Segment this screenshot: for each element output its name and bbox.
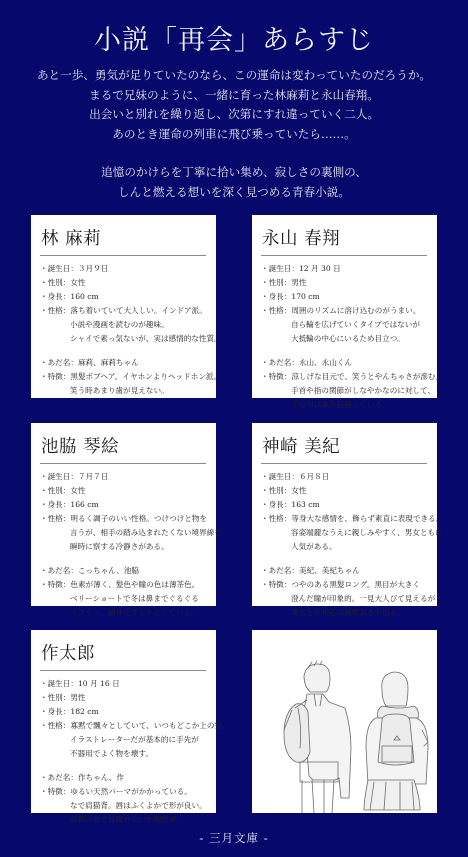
gender-value: 女性 [291, 484, 306, 498]
features-cont: 澄んだ瞳が印象的。一見大人びて見えるが [261, 592, 427, 606]
nickname-value: 美紀、美紀ちゃん [299, 564, 360, 578]
character-name: 神崎 美紀 [261, 431, 427, 464]
features: ・特徴：涼しげな目元で、笑うとやんちゃさが滲む。 [261, 370, 427, 384]
birthday-label: ・誕生日： [261, 262, 299, 276]
personality-cont: 瞬時に察する冷静さがある。 [40, 540, 206, 554]
birthday-value: ７月７日 [78, 470, 108, 484]
height: ・身長：163 cm [261, 498, 427, 512]
features-cont: ベリーショートで冬は鼻までぐるぐる [40, 592, 206, 606]
features-label: ・特徴： [40, 785, 70, 799]
gender: ・性別：女性 [40, 484, 206, 498]
character-card: 作太郎・誕生日：10 月 16 日・性別：男性・身長：182 cm・性格：寡黙で… [31, 630, 216, 813]
publisher-footer: - 三月文庫 - [0, 830, 468, 846]
girl-figure [364, 672, 428, 810]
gender-value: 男性 [291, 276, 306, 290]
height-value: 166 cm [70, 498, 98, 512]
nickname: ・あだ名：麻莉、麻莉ちゃん [40, 356, 206, 370]
features: ・特徴：黒髪ボブヘア。イヤホンよりヘッドホン派。 [40, 370, 206, 384]
illustration-card [252, 630, 437, 813]
height-label: ・身長： [261, 498, 291, 512]
birthday-value: 12 月 30 日 [299, 262, 341, 276]
nickname-label: ・あだ名： [261, 564, 299, 578]
personality-cont: 自ら輪を広げていくタイプではないが [261, 318, 427, 332]
height-value: 163 cm [291, 498, 319, 512]
nickname-value: 永山、永山くん [299, 356, 352, 370]
birthday-label: ・誕生日： [40, 262, 78, 276]
features-cont: 手の甲は案外筋張っている。 [261, 398, 427, 412]
gender: ・性別：男性 [261, 276, 427, 290]
page-title: 小説「再会」あらすじ [0, 18, 468, 57]
personality-value: 明るく調子のいい性格。つけつけと物を [70, 512, 207, 526]
features-label: ・特徴： [261, 578, 291, 592]
students-sketch-illustration [252, 630, 437, 813]
height-label: ・身長： [40, 498, 70, 512]
height-value: 170 cm [291, 290, 319, 304]
character-name: 作太郎 [40, 638, 206, 671]
features: ・特徴：つやのある黒髪ロング。黒目が大きく [261, 578, 427, 592]
nickname: ・あだ名：作ちゃん、作 [40, 771, 206, 785]
features-label: ・特徴： [40, 578, 70, 592]
features-cont: 笑う時あまり歯が見えない。 [40, 384, 206, 398]
synopsis-line: 出会いと別れを繰り返し、次第にすれ違っていく二人。 [0, 105, 468, 125]
height-label: ・身長： [40, 290, 70, 304]
gender-label: ・性別： [40, 276, 70, 290]
features: ・特徴：色素が薄く、髪色や瞳の色は薄茶色。 [40, 578, 206, 592]
personality-cont: 大抵輪の中心にいるため目立つ。 [261, 332, 427, 346]
nickname: ・あだ名：こっちゃん、池脇 [40, 564, 206, 578]
height: ・身長：166 cm [40, 498, 206, 512]
synopsis-line: あのとき運命の列車に飛び乗っていたら……。 [0, 125, 468, 145]
features-cont: なで肩猫背。唇はふくよかで形が良い。 [40, 799, 206, 813]
features-cont: 喋ると年相応の無邪気さが出る。 [261, 606, 427, 620]
personality-label: ・性格： [40, 304, 70, 318]
gender-value: 女性 [70, 484, 85, 498]
birthday-label: ・誕生日： [40, 677, 78, 691]
personality-label: ・性格： [40, 512, 70, 526]
synopsis: あと一歩、勇気が足りていたのなら、この運命は変わっていたのだろうか。 まるで兄妹… [0, 66, 468, 203]
height-label: ・身長： [40, 705, 70, 719]
nickname: ・あだ名：永山、永山くん [261, 356, 427, 370]
height-value: 182 cm [70, 705, 98, 719]
features-label: ・特徴： [40, 370, 70, 384]
nickname-value: こっちゃん、池脇 [78, 564, 139, 578]
character-card: 池脇 琴絵・誕生日：７月７日・性別：女性・身長：166 cm・性格：明るく調子の… [31, 423, 216, 606]
features-value: 涼しげな目元で、笑うとやんちゃさが滲む。 [291, 370, 443, 384]
nickname-value: 作ちゃん、作 [78, 771, 124, 785]
birthday: ・誕生日：12 月 30 日 [261, 262, 427, 276]
personality: ・性格：明るく調子のいい性格。つけつけと物を [40, 512, 206, 526]
features-cont: 手首や指の関節がしなやかなのに対して、 [261, 384, 427, 398]
gender: ・性別：男性 [40, 691, 206, 705]
height: ・身長：160 cm [40, 290, 206, 304]
birthday-value: ３月９日 [78, 262, 108, 276]
personality-cont: 言うが、相手の踏み込まれたくない境界線を [40, 526, 206, 540]
height: ・身長：182 cm [40, 705, 206, 719]
personality: ・性格：周囲のリズムに溶け込むのがうまい。 [261, 304, 427, 318]
personality-cont: 小説や漫画を読むのが趣味。 [40, 318, 206, 332]
nickname-label: ・あだ名： [40, 564, 78, 578]
gender: ・性別：女性 [40, 276, 206, 290]
character-card: 神崎 美紀・誕生日：６月８日・性別：女性・身長：163 cm・性格：等身大な感情… [252, 423, 437, 606]
synopsis-line: 追憶のかけらを丁寧に拾い集め、寂しさの裏側の、 [0, 163, 468, 183]
height-value: 160 cm [70, 290, 98, 304]
gender: ・性別：女性 [261, 484, 427, 498]
birthday: ・誕生日：10 月 16 日 [40, 677, 206, 691]
nickname-value: 麻莉、麻莉ちゃん [78, 356, 139, 370]
features-value: つやのある黒髪ロング。黒目が大きく [291, 578, 420, 592]
features-label: ・特徴： [261, 370, 291, 384]
character-card: 林 麻莉・誕生日：３月９日・性別：女性・身長：160 cm・性格：落ち着いていて… [31, 215, 216, 398]
birthday: ・誕生日：３月９日 [40, 262, 206, 276]
nickname-label: ・あだ名： [40, 771, 78, 785]
personality: ・性格：等身大な感情を、飾らず素直に表現できる。 [261, 512, 427, 526]
features-value: 色素が薄く、髪色や瞳の色は薄茶色。 [70, 578, 199, 592]
personality-cont: 不器用でよく物を壊す。 [40, 747, 206, 761]
features-value: 黒髪ボブヘア。イヤホンよりヘッドホン派。 [70, 370, 221, 384]
character-card: 永山 春翔・誕生日：12 月 30 日・性別：男性・身長：170 cm・性格：周… [252, 215, 437, 398]
features-cont: マフラー。細身ですらりとしている。 [40, 606, 206, 620]
synopsis-line: あと一歩、勇気が足りていたのなら、この運命は変わっていたのだろうか。 [0, 66, 468, 86]
birthday-value: ６月８日 [299, 470, 329, 484]
birthday-label: ・誕生日： [261, 470, 299, 484]
character-name: 池脇 琴絵 [40, 431, 206, 464]
personality-cont: 容姿端麗なうえに親しみやすく、男女ともに [261, 526, 427, 540]
gender-label: ・性別： [261, 484, 291, 498]
birthday-label: ・誕生日： [40, 470, 78, 484]
gender-label: ・性別： [261, 276, 291, 290]
personality-label: ・性格： [261, 512, 291, 526]
personality-label: ・性格： [40, 719, 70, 733]
synopsis-line: まるで兄妹のように、一緒に育った林麻莉と永山春翔。 [0, 86, 468, 106]
birthday: ・誕生日：７月７日 [40, 470, 206, 484]
personality-value: 落ち着いていて大人しい。インドア派。 [70, 304, 206, 318]
gender-label: ・性別： [40, 484, 70, 498]
features-cont: 麻莉の前では吸わないが喫煙者。 [40, 813, 206, 827]
personality-value: 周囲のリズムに溶け込むのがうまい。 [291, 304, 420, 318]
nickname: ・あだ名：美紀、美紀ちゃん [261, 564, 427, 578]
height: ・身長：170 cm [261, 290, 427, 304]
gender-value: 男性 [70, 691, 85, 705]
personality-value: 等身大な感情を、飾らず素直に表現できる。 [291, 512, 443, 526]
personality: ・性格：落ち着いていて大人しい。インドア派。 [40, 304, 206, 318]
personality-cont: シャイで素っ気ないが、実は感情的な性質。 [40, 332, 206, 346]
character-name: 永山 春翔 [261, 223, 427, 256]
personality-label: ・性格： [261, 304, 291, 318]
gender-label: ・性別： [40, 691, 70, 705]
nickname-label: ・あだ名： [261, 356, 299, 370]
personality-cont: イラストレーターだが基本的に手先が [40, 733, 206, 747]
personality: ・性格：寡黙で飄々としていて、いつもどこか上の空。 [40, 719, 206, 733]
features: ・特徴：ゆるい天然パーマがかかっている。 [40, 785, 206, 799]
gender-value: 女性 [70, 276, 85, 290]
nickname-label: ・あだ名： [40, 356, 78, 370]
synopsis-line: しんと燃える想いを深く見つめる青春小説。 [0, 183, 468, 203]
features-value: ゆるい天然パーマがかかっている。 [70, 785, 192, 799]
height-label: ・身長： [261, 290, 291, 304]
boy-figure [284, 661, 351, 813]
character-name: 林 麻莉 [40, 223, 206, 256]
personality-cont: 人気がある。 [261, 540, 427, 554]
birthday: ・誕生日：６月８日 [261, 470, 427, 484]
personality-value: 寡黙で飄々としていて、いつもどこか上の空。 [70, 719, 229, 733]
birthday-value: 10 月 16 日 [78, 677, 120, 691]
